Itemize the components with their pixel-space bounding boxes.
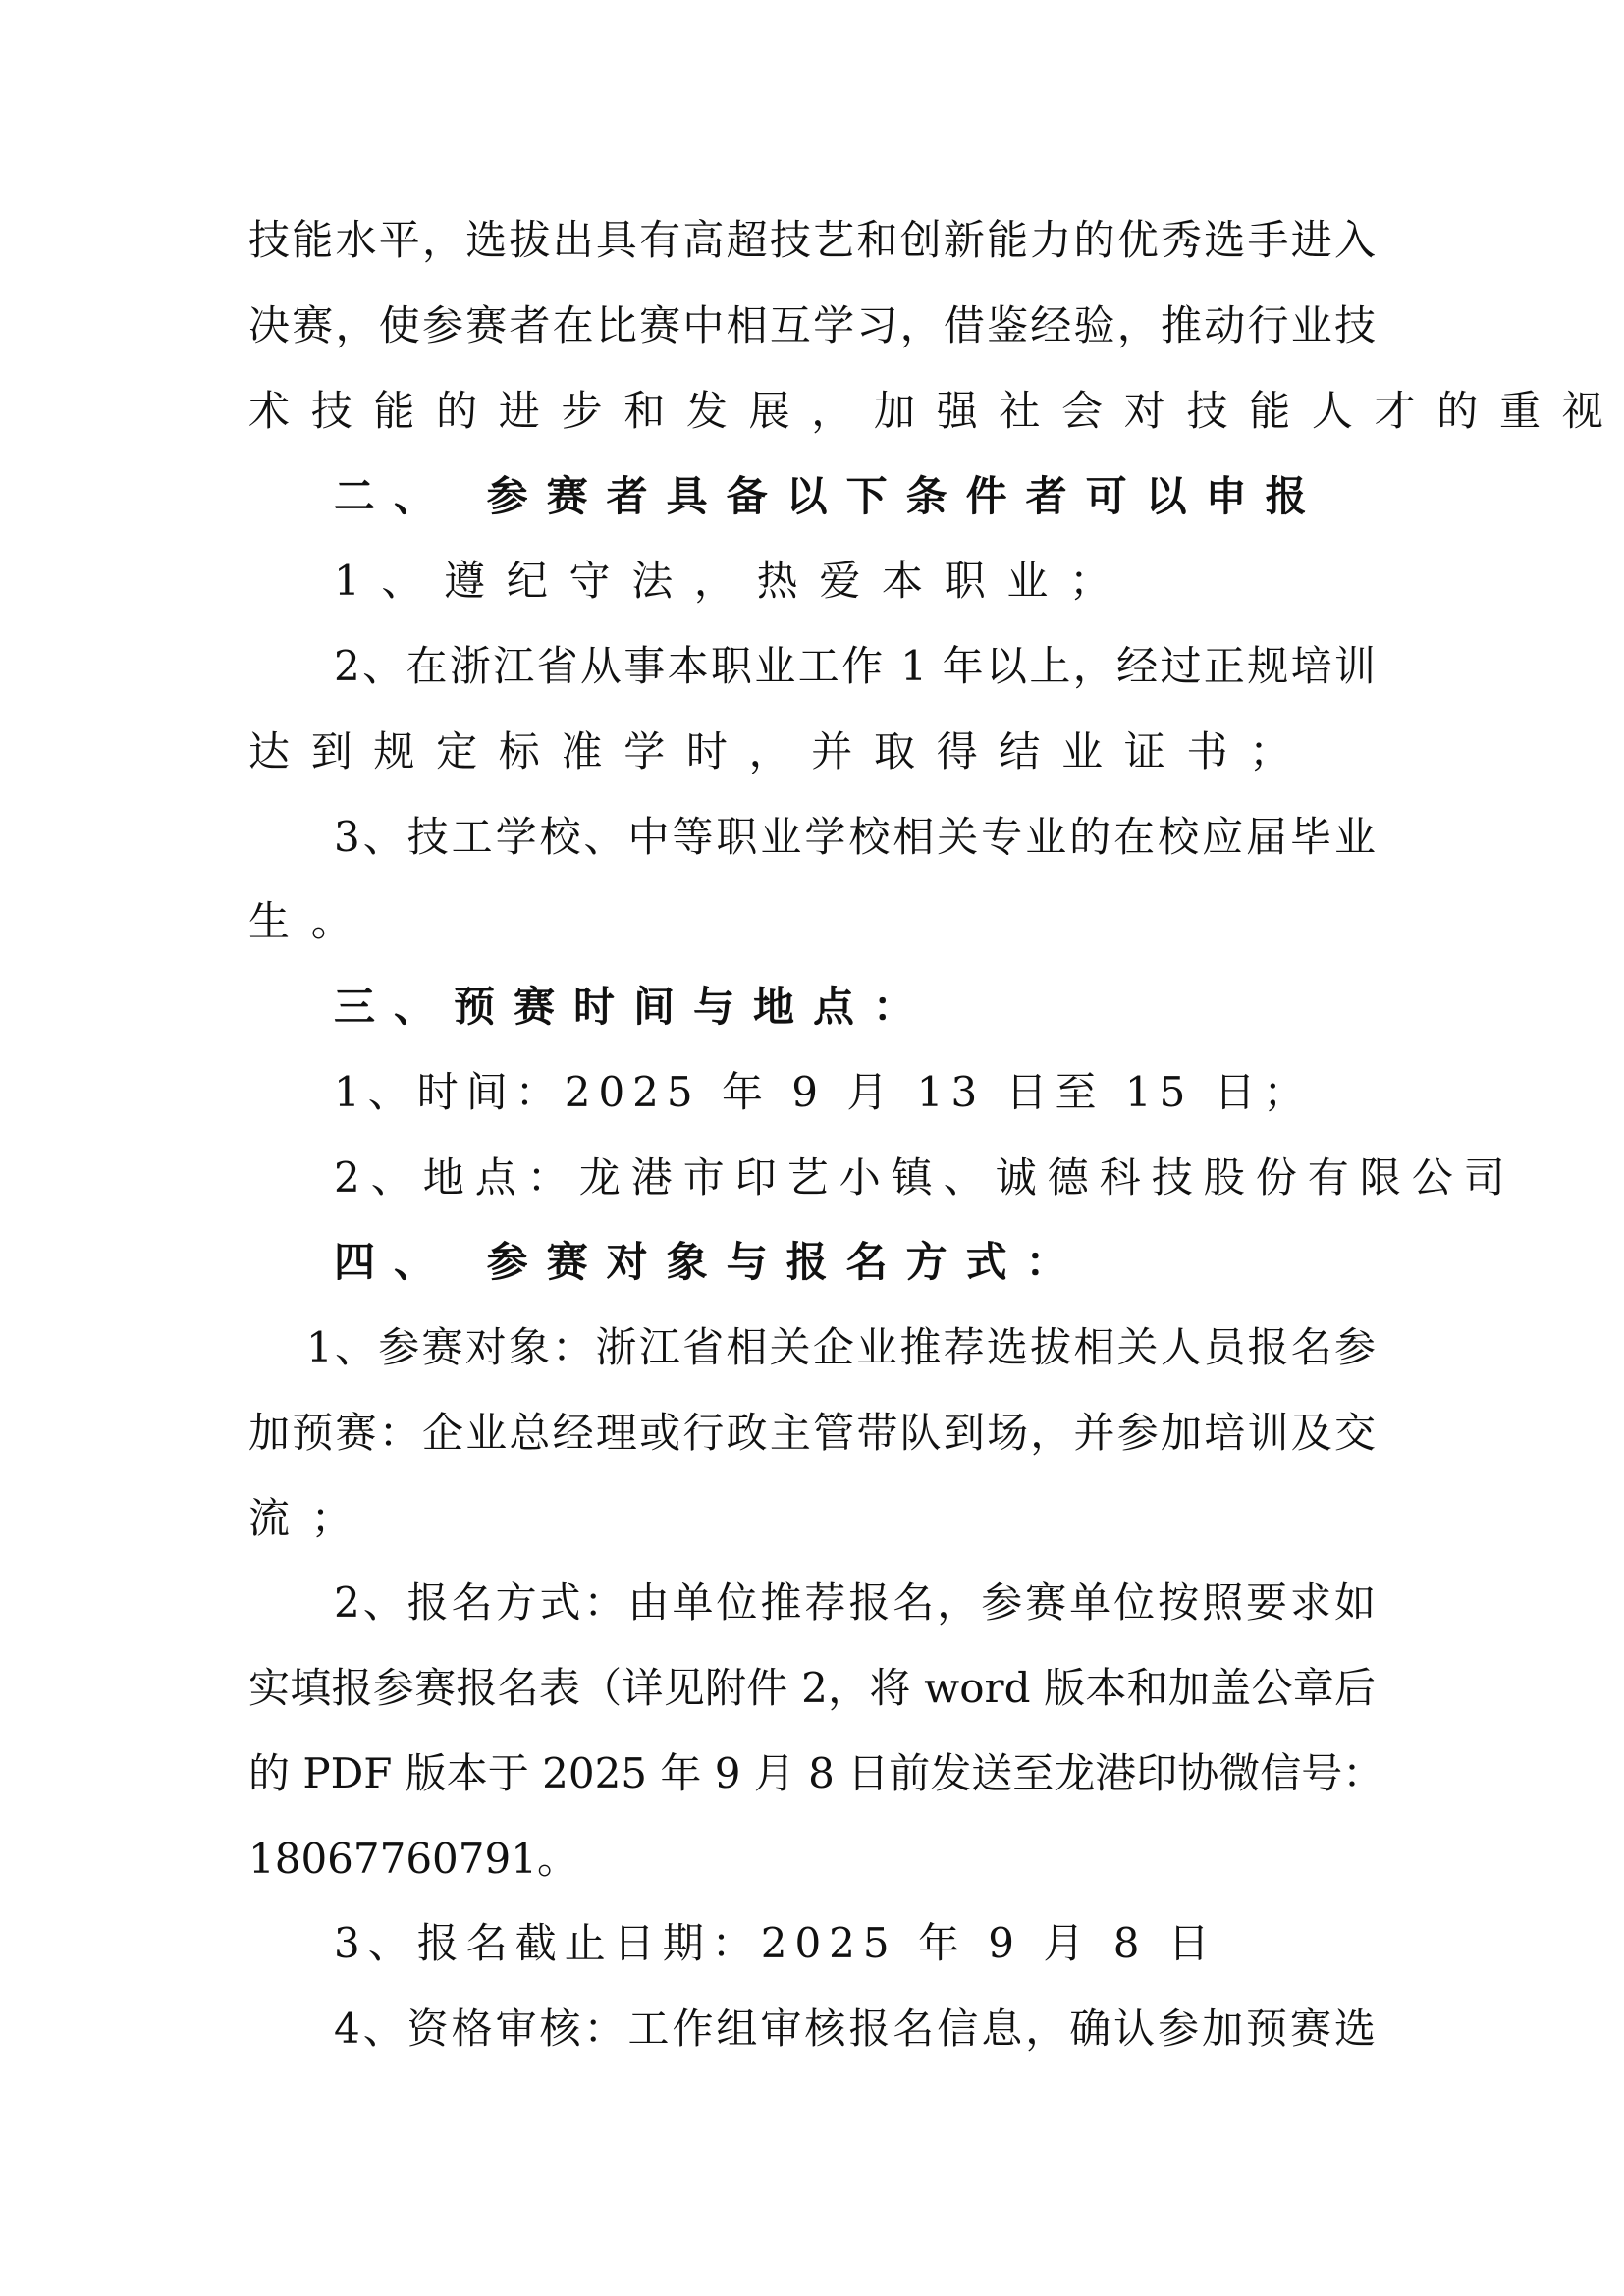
section4-item-1: 1、参赛对象：浙江省相关企业推荐选拔相关人员报名参 (306, 1318, 1376, 1377)
section4-item-2-cont: 的 PDF 版本于 2025 年 9 月 8 日前发送至龙港印协微信号： (248, 1744, 1376, 1803)
section3-item-location: 2、地点：龙港市印艺小镇、诚德科技股份有限公司 (334, 1148, 1516, 1207)
section4-item-1-cont: 流； (248, 1489, 373, 1548)
section4-item-1-cont: 加预赛：企业总经理或行政主管带队到场，并参加培训及交 (248, 1404, 1376, 1463)
section4-item-2-cont: 实填报参赛报名表（详见附件 2，将 word 版本和加盖公章后 (248, 1659, 1376, 1718)
section2-item-1: 1、遵纪守法，热爱本职业； (334, 552, 1132, 611)
section-heading-3: 三、预赛时间与地点： (334, 978, 933, 1037)
document-page: 技能水平，选拔出具有高超技艺和创新能力的优秀选手进入 决赛，使参赛者在比赛中相互… (0, 0, 1624, 2296)
section3-item-time: 1、时间：2025 年 9 月 13 日至 15 日； (334, 1063, 1313, 1122)
section4-item-deadline: 3、报名截止日期：2025 年 9 月 8 日 (334, 1914, 1218, 1973)
section2-item-3: 3、技工学校、中等职业学校相关专业的在校应届毕业 (334, 808, 1376, 867)
section4-item-review: 4、资格审核：工作组审核报名信息，确认参加预赛选 (334, 2000, 1376, 2058)
section2-item-3-cont: 生。 (248, 892, 373, 951)
section-heading-4: 四、 参赛对象与报名方式： (334, 1233, 1086, 1292)
section2-item-2-cont: 达到规定标准学时，并取得结业证书； (248, 722, 1312, 781)
section4-item-2: 2、报名方式：由单位推荐报名，参赛单位按照要求如 (334, 1574, 1376, 1632)
section2-item-2: 2、在浙江省从事本职业工作 1 年以上，经过正规培训 (334, 637, 1376, 696)
section-heading-2: 二、 参赛者具备以下条件者可以申报 (334, 467, 1326, 526)
intro-line: 技能水平，选拔出具有高超技艺和创新能力的优秀选手进入 (248, 211, 1376, 270)
wechat-number: 18067760791。 (248, 1830, 578, 1889)
intro-line: 决赛，使参赛者在比赛中相互学习，借鉴经验，推动行业技 (248, 296, 1376, 355)
intro-line: 术技能的进步和发展，加强社会对技能人才的重视。 (248, 382, 1624, 441)
